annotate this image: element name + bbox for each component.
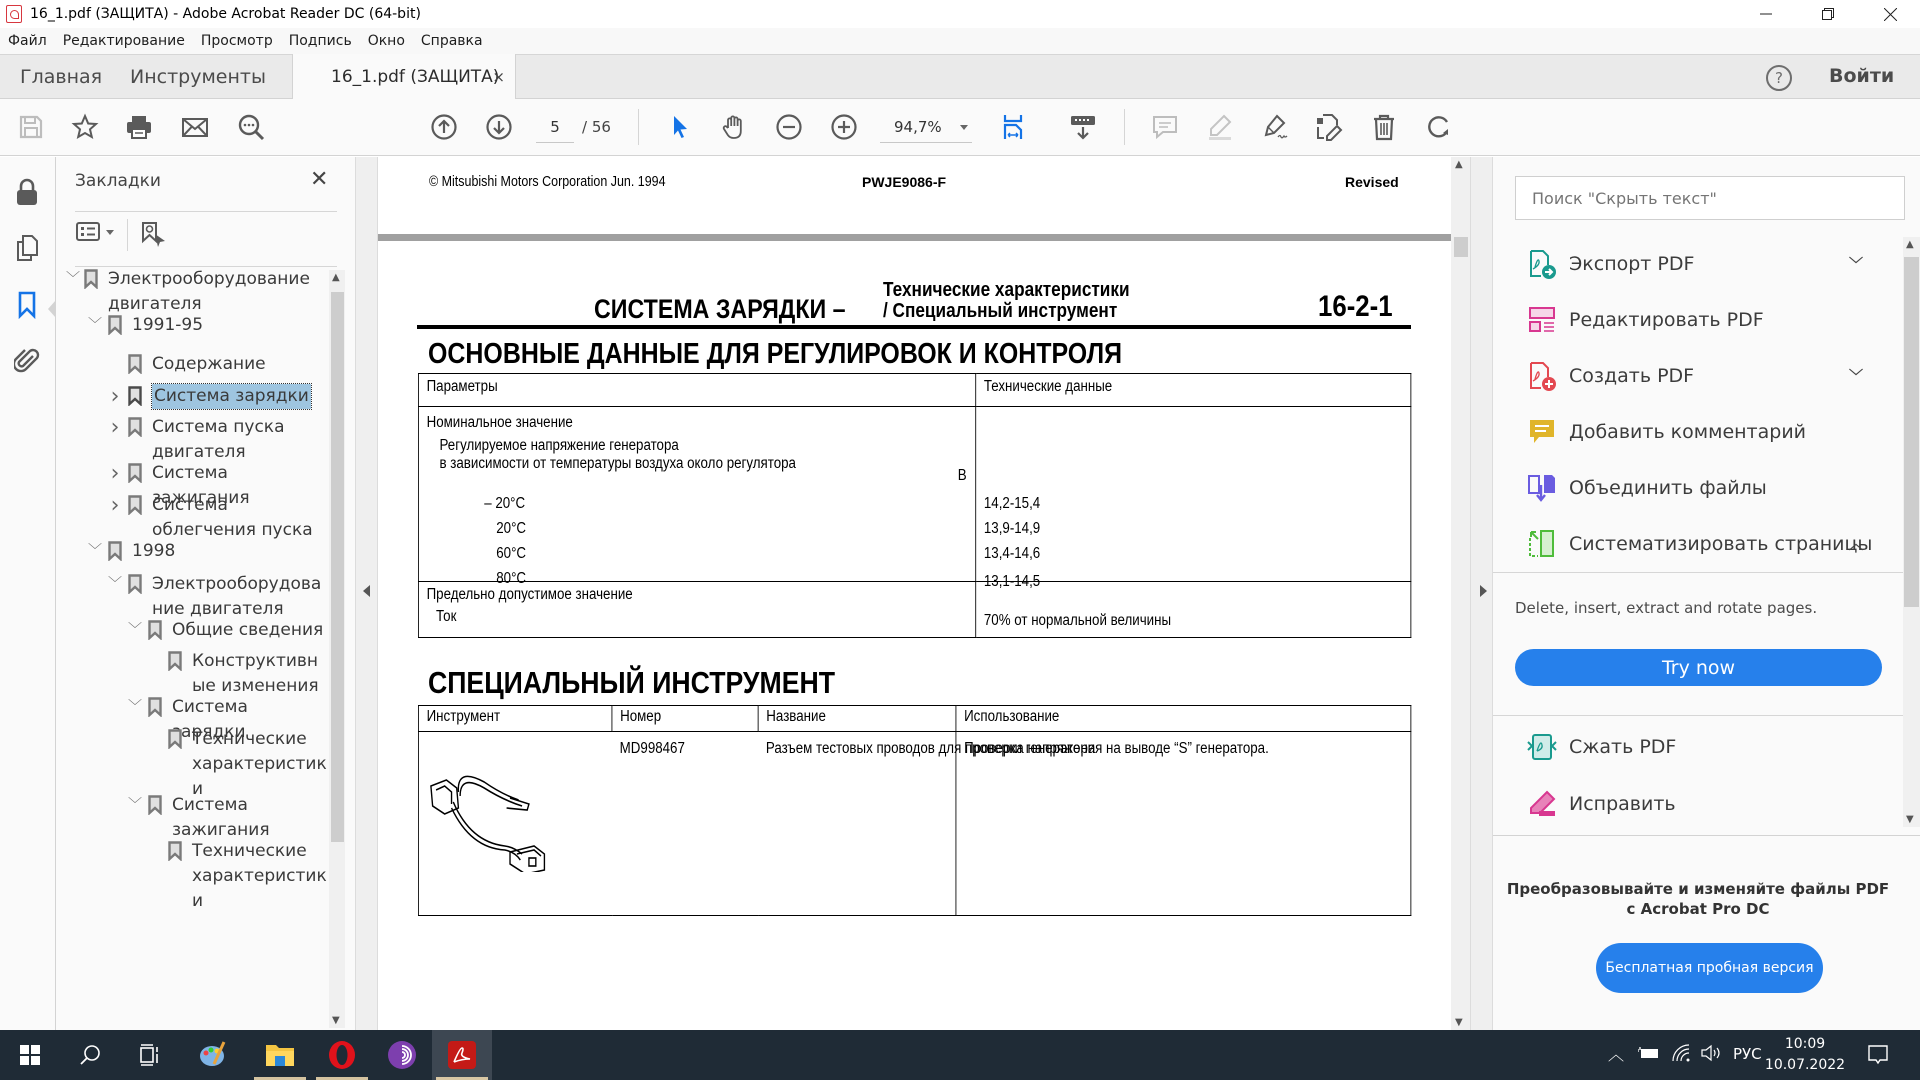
notifications-icon[interactable] bbox=[1867, 1044, 1889, 1070]
menu-bar: Файл Редактирование Просмотр Подпись Окн… bbox=[0, 28, 1920, 54]
toolbar-divider bbox=[638, 109, 639, 145]
bookmark-flag-icon bbox=[128, 354, 142, 374]
tool-name: Разъем тестовых проводов для проверки ге… bbox=[766, 740, 921, 758]
toolbar-divider bbox=[1124, 109, 1125, 145]
tool-create-pdf[interactable]: Создать PDF ﹀ bbox=[1515, 351, 1885, 401]
promo-text: Преобразовывайте и изменяйте файлы PDF с… bbox=[1493, 879, 1903, 919]
voltage-label: Регулируемое напряжение генератора bbox=[440, 437, 968, 455]
voltage-range: 13,9-14,9 bbox=[984, 516, 1040, 541]
bookmark-flag-icon bbox=[108, 315, 122, 335]
tool-edit-pdf[interactable]: Редактировать PDF bbox=[1515, 295, 1885, 345]
bookmark-flag-icon bbox=[168, 841, 182, 861]
restore-icon bbox=[1822, 8, 1834, 20]
tab-document[interactable]: 16_1.pdf (ЗАЩИТА) × bbox=[292, 54, 516, 100]
tool-label: Создать PDF bbox=[1569, 365, 1694, 387]
clock-time: 10:09 bbox=[1760, 1034, 1850, 1055]
free-trial-button[interactable]: Бесплатная пробная версия bbox=[1596, 943, 1823, 993]
edit-pages-icon[interactable] bbox=[1314, 112, 1344, 142]
unit-label: В bbox=[958, 467, 967, 485]
chevron-down-icon[interactable]: ﹀ bbox=[126, 618, 144, 643]
page-up-icon[interactable] bbox=[429, 112, 459, 142]
comment-icon[interactable] bbox=[1150, 112, 1180, 142]
organize-pages-icon bbox=[1527, 529, 1557, 559]
active-pointer bbox=[48, 300, 56, 318]
bookmark-label: 1998 bbox=[132, 539, 175, 564]
pages-icon[interactable] bbox=[12, 233, 42, 263]
export-pdf-icon bbox=[1527, 249, 1557, 279]
bookmark-flag-icon bbox=[128, 574, 142, 594]
acrobat-app-icon bbox=[6, 5, 22, 23]
compress-pdf-icon bbox=[1527, 732, 1557, 762]
bookmark-flag-icon bbox=[84, 269, 98, 289]
menu-sign[interactable]: Подпись bbox=[289, 33, 352, 49]
voltage-label-2: в зависимости от температуры воздуха око… bbox=[440, 455, 968, 473]
windows-taskbar: ︿ РУС 10:09 10.07.2022 bbox=[0, 1030, 1920, 1080]
bookmark-flag-icon bbox=[148, 697, 162, 717]
parameters-cell: Номинальное значение Регулируемое напряж… bbox=[418, 407, 975, 582]
document-viewer: © Mitsubishi Motors Corporation Jun. 199… bbox=[378, 157, 1451, 1030]
star-icon[interactable] bbox=[70, 112, 100, 142]
tool-combine-files[interactable]: Объединить файлы bbox=[1515, 463, 1885, 513]
bookmark-flag-icon bbox=[148, 795, 162, 815]
search-icon[interactable] bbox=[60, 1030, 120, 1080]
column-header: Инструмент bbox=[418, 706, 612, 732]
tool-image-cell bbox=[418, 732, 612, 916]
menu-window[interactable]: Окно bbox=[368, 33, 405, 49]
opera-icon[interactable] bbox=[312, 1030, 372, 1080]
document-scrollbar[interactable]: ▲ ▼ bbox=[1451, 157, 1470, 1030]
limit-value-cell: 70% от нормальной величины bbox=[976, 582, 1411, 638]
bookmark-label: Система облегчения пуска bbox=[152, 493, 326, 543]
tool-number: MD998467 bbox=[620, 740, 751, 758]
current-value: 70% от нормальной величины bbox=[984, 612, 1403, 630]
rotate-icon[interactable] bbox=[1424, 112, 1454, 142]
new-bookmark-button[interactable] bbox=[140, 221, 168, 253]
help-icon[interactable]: ? bbox=[1766, 65, 1792, 91]
chevron-down-icon[interactable]: ﹀ bbox=[126, 695, 144, 720]
chevron-down-icon[interactable]: ﹀ bbox=[86, 539, 104, 564]
chevron-left-icon bbox=[363, 585, 370, 597]
bookmark-item[interactable]: Содержание bbox=[106, 352, 328, 377]
bookmark-item[interactable]: Технические характеристик и bbox=[146, 839, 328, 914]
close-panel-icon[interactable]: ✕ bbox=[310, 167, 328, 192]
minimize-button[interactable] bbox=[1738, 0, 1794, 28]
table-row: Предельно допустимое значение Ток 70% от… bbox=[418, 582, 1410, 638]
tool-export-pdf[interactable]: Экспорт PDF ﹀ bbox=[1515, 239, 1885, 289]
create-pdf-icon bbox=[1527, 361, 1557, 391]
close-tab-icon[interactable]: × bbox=[492, 68, 505, 86]
bookmark-label: Содержание bbox=[152, 352, 266, 377]
title-bar: 16_1.pdf (ЗАЩИТА) - Adobe Acrobat Reader… bbox=[0, 0, 1920, 28]
tool-number-cell: MD998467 bbox=[612, 732, 758, 916]
table-row: Номинальное значение Регулируемое напряж… bbox=[418, 407, 1410, 582]
scroll-up-icon[interactable]: ▲ bbox=[1906, 239, 1914, 250]
promo-line: Преобразовывайте и изменяйте файлы PDF bbox=[1493, 879, 1903, 899]
values-cell: 14,2-15,413,9-14,913,4-14,613,1-14,5 bbox=[976, 407, 1411, 582]
battery-icon[interactable] bbox=[1638, 1046, 1660, 1064]
bookmark-label: Общие сведения bbox=[172, 618, 323, 643]
chevron-down-icon[interactable]: ﹀ bbox=[126, 793, 144, 818]
attachment-icon[interactable] bbox=[12, 346, 42, 376]
bookmark-flag-icon bbox=[128, 495, 142, 515]
toolbar: 5 / 56 94,7% bbox=[0, 99, 1920, 156]
chevron-right-icon[interactable]: › bbox=[106, 461, 124, 486]
adjustment-data-table: Параметры Технические данные Номинальное… bbox=[418, 373, 1411, 638]
bookmark-item[interactable]: ﹀Электрооборудование двигателя bbox=[66, 267, 328, 317]
comment-icon bbox=[1527, 417, 1557, 447]
divider bbox=[1493, 572, 1903, 573]
section-title: ОСНОВНЫЕ ДАННЫЕ ДЛЯ РЕГУЛИРОВОК И КОНТРО… bbox=[428, 338, 1122, 371]
bookmark-tree: ﹀Электрооборудование двигателя﹀1991-95Со… bbox=[66, 267, 328, 1030]
combine-files-icon bbox=[1527, 473, 1557, 503]
test-harness-connector-illustration bbox=[427, 772, 573, 872]
section-title: СПЕЦИАЛЬНЫЙ ИНСТРУМЕНТ bbox=[428, 665, 835, 701]
tool-label: Исправить bbox=[1569, 793, 1676, 815]
select-cursor-icon[interactable] bbox=[664, 112, 694, 142]
restore-button[interactable] bbox=[1800, 0, 1856, 28]
bookmark-icon[interactable] bbox=[12, 290, 42, 320]
menu-edit[interactable]: Редактирование bbox=[63, 33, 185, 49]
bookmark-flag-icon bbox=[108, 541, 122, 561]
bookmark-flag-icon bbox=[128, 386, 142, 406]
page-title-main: СИСТЕМА ЗАРЯДКИ – bbox=[594, 294, 846, 325]
spacer bbox=[146, 839, 164, 864]
search-zoom-icon[interactable] bbox=[236, 112, 266, 142]
tool-organize-pages[interactable]: Систематизировать страницы ︿ bbox=[1515, 519, 1885, 569]
language-indicator[interactable]: РУС bbox=[1733, 1045, 1762, 1063]
minimize-icon bbox=[1760, 8, 1772, 20]
bookmarks-panel: Закладки ✕ ﹀Электрооборудование двигател… bbox=[56, 157, 355, 1030]
voltage-range: 14,2-15,4 bbox=[984, 491, 1040, 516]
hand-icon[interactable] bbox=[719, 112, 749, 142]
nominal-label: Номинальное значение bbox=[427, 414, 968, 432]
column-header: Технические данные bbox=[976, 374, 1411, 407]
bookmark-scrollbar[interactable]: ▲ ▼ bbox=[329, 270, 345, 1028]
tool-label: Добавить комментарий bbox=[1569, 421, 1806, 443]
tool-usage: Проверка напряжения на выводе “S” генера… bbox=[964, 740, 1403, 758]
chevron-down-icon[interactable]: ﹀ bbox=[1849, 366, 1863, 386]
bookmark-item[interactable]: Технические характеристик и bbox=[146, 727, 328, 802]
scroll-down-icon[interactable]: ▼ bbox=[1906, 814, 1914, 825]
doc-copyright: © Mitsubishi Motors Corporation Jun. 199… bbox=[429, 174, 666, 190]
window-title: 16_1.pdf (ЗАЩИТА) - Adobe Acrobat Reader… bbox=[30, 6, 421, 22]
bookmark-label: Система зажигания bbox=[172, 793, 326, 843]
collapse-right-panel[interactable] bbox=[1470, 157, 1493, 1030]
bookmark-item[interactable]: ›Система зарядки bbox=[106, 384, 328, 409]
tools-scrollbar[interactable]: ▲ ▼ bbox=[1903, 237, 1920, 827]
zoom-level-value: 94,7% bbox=[894, 118, 942, 136]
list-options-icon bbox=[76, 221, 102, 243]
scroll-up-icon[interactable]: ▲ bbox=[332, 272, 340, 283]
tab-tools[interactable]: Инструменты bbox=[130, 55, 266, 99]
chevron-up-icon[interactable]: ︿ bbox=[1849, 534, 1863, 554]
bookmark-item[interactable]: ﹀Общие сведения bbox=[126, 618, 328, 643]
scrollbar-thumb[interactable] bbox=[1454, 237, 1468, 257]
save-icon[interactable] bbox=[16, 112, 46, 142]
left-navigation-rail bbox=[0, 157, 56, 1030]
zoom-level-select[interactable]: 94,7% bbox=[880, 113, 972, 143]
bookmark-label: Технические характеристик и bbox=[192, 727, 326, 802]
table-header-row: Параметры Технические данные bbox=[418, 374, 1410, 407]
column-header: Параметры bbox=[418, 374, 975, 407]
bookmark-item[interactable]: ›Система пуска двигателя bbox=[106, 415, 328, 465]
temperature-label: 60°C bbox=[496, 541, 526, 566]
chevron-right-icon[interactable]: › bbox=[106, 415, 124, 440]
scroll-down-icon[interactable]: ▼ bbox=[1455, 1017, 1463, 1028]
bookmark-label: Технические характеристик и bbox=[192, 839, 326, 914]
spacer bbox=[146, 649, 164, 674]
bookmark-item[interactable]: ›Система облегчения пуска bbox=[106, 493, 328, 543]
bookmark-label: Электрооборудова ние двигателя bbox=[152, 572, 326, 622]
page-subtitle-1: Технические характеристики bbox=[883, 280, 1130, 301]
chevron-down-icon[interactable]: ﹀ bbox=[1849, 254, 1863, 274]
clock[interactable]: 10:09 10.07.2022 bbox=[1760, 1034, 1850, 1076]
doc-code: PWJE9086-F bbox=[862, 174, 946, 190]
chevron-right-icon[interactable]: › bbox=[106, 493, 124, 518]
mail-icon[interactable] bbox=[180, 112, 210, 142]
bookmarks-title: Закладки bbox=[75, 171, 161, 191]
acrobat-icon[interactable] bbox=[432, 1030, 492, 1080]
title-rule bbox=[417, 325, 1411, 329]
delete-icon[interactable] bbox=[1369, 112, 1399, 142]
bookmark-label: Конструктивн ые изменения bbox=[192, 649, 326, 699]
sign-icon[interactable] bbox=[1260, 112, 1290, 142]
voltage-values: 14,2-15,413,9-14,913,4-14,613,1-14,5 bbox=[984, 491, 1040, 594]
scrollbar-thumb[interactable] bbox=[331, 292, 344, 842]
collapse-left-panel[interactable] bbox=[355, 157, 378, 1030]
tools-search-input[interactable] bbox=[1515, 176, 1905, 220]
divider bbox=[1493, 715, 1903, 716]
print-icon[interactable] bbox=[124, 112, 154, 142]
bookmark-flag-icon bbox=[168, 651, 182, 671]
divider bbox=[127, 219, 128, 251]
special-tools-table: Инструмент Номер Название Использование bbox=[418, 705, 1411, 916]
page-total: / 56 bbox=[582, 113, 611, 141]
add-bookmark-icon bbox=[140, 221, 168, 249]
bookmark-item[interactable]: Конструктивн ые изменения bbox=[146, 649, 328, 699]
bookmark-flag-icon bbox=[148, 620, 162, 640]
tor-browser-icon[interactable] bbox=[372, 1030, 432, 1080]
temperature-list: – 20°C20°C60°C80°C bbox=[496, 491, 526, 591]
login-button[interactable]: Войти bbox=[1829, 65, 1894, 87]
chevron-right-icon[interactable]: › bbox=[106, 384, 124, 409]
organize-description: Delete, insert, extract and rotate pages… bbox=[1515, 599, 1817, 617]
temperature-label: – 20°C bbox=[484, 491, 526, 516]
scrollbar-thumb[interactable] bbox=[1904, 257, 1919, 607]
doc-status: Revised bbox=[1345, 174, 1399, 190]
task-view-icon[interactable] bbox=[120, 1030, 180, 1080]
close-window-button[interactable] bbox=[1862, 0, 1918, 28]
page-down-icon[interactable] bbox=[484, 112, 514, 142]
bookmark-options-button[interactable] bbox=[76, 221, 114, 243]
redact-icon bbox=[1527, 789, 1557, 819]
voltage-range: 13,1-14,5 bbox=[984, 569, 1040, 594]
menu-view[interactable]: Просмотр bbox=[201, 33, 273, 49]
volume-icon[interactable] bbox=[1700, 1044, 1722, 1066]
bookmark-item[interactable]: ﹀1991-95 bbox=[86, 313, 328, 338]
chevron-down-icon[interactable]: ﹀ bbox=[86, 313, 104, 338]
table-header-row: Инструмент Номер Название Использование bbox=[418, 706, 1410, 732]
spacer bbox=[146, 727, 164, 752]
chevron-down-icon[interactable]: ﹀ bbox=[106, 572, 124, 597]
tool-label: Редактировать PDF bbox=[1569, 309, 1764, 331]
page-separator bbox=[378, 234, 1451, 241]
divider bbox=[75, 211, 337, 212]
scroll-up-icon[interactable]: ▲ bbox=[1455, 159, 1463, 170]
tab-home[interactable]: Главная bbox=[20, 55, 102, 99]
bookmark-item[interactable]: ﹀1998 bbox=[86, 539, 328, 564]
wifi-icon[interactable] bbox=[1671, 1044, 1691, 1066]
tool-label: Экспорт PDF bbox=[1569, 253, 1694, 275]
menu-help[interactable]: Справка bbox=[421, 33, 483, 49]
temperature-label: 80°C bbox=[496, 566, 526, 591]
spacer bbox=[106, 352, 124, 377]
bookmark-item[interactable]: ﹀Электрооборудова ние двигателя bbox=[106, 572, 328, 622]
clock-date: 10.07.2022 bbox=[1760, 1055, 1850, 1076]
chevron-down-icon[interactable]: ﹀ bbox=[66, 267, 80, 292]
fit-page-icon[interactable] bbox=[999, 112, 1029, 142]
start-icon[interactable] bbox=[0, 1030, 60, 1080]
scroll-down-icon[interactable]: ▼ bbox=[332, 1015, 340, 1026]
file-explorer-icon[interactable] bbox=[250, 1030, 310, 1080]
bookmark-label: Электрооборудование двигателя bbox=[108, 267, 328, 317]
promo-line: с Acrobat Pro DC bbox=[1493, 899, 1903, 919]
zoom-out-icon[interactable] bbox=[774, 112, 804, 142]
page-number-input[interactable]: 5 bbox=[536, 113, 574, 143]
bookmark-flag-icon bbox=[128, 463, 142, 483]
tool-redact[interactable]: Исправить bbox=[1515, 779, 1885, 829]
edit-pdf-icon bbox=[1527, 305, 1557, 335]
tab-bar: Главная Инструменты 16_1.pdf (ЗАЩИТА) × … bbox=[0, 54, 1920, 99]
tool-compress-pdf[interactable]: Сжать PDF bbox=[1515, 722, 1885, 772]
table-row: MD998467 Разъем тестовых проводов для пр… bbox=[418, 732, 1410, 916]
chevron-down-icon bbox=[106, 230, 114, 235]
tool-label: Объединить файлы bbox=[1569, 477, 1767, 499]
bookmark-label: 1991-95 bbox=[132, 313, 203, 338]
lock-icon[interactable] bbox=[12, 177, 42, 207]
chevron-right-icon bbox=[1480, 585, 1487, 597]
voltage-range: 13,4-14,6 bbox=[984, 541, 1040, 566]
bookmark-label: Система зарядки bbox=[152, 384, 311, 409]
chevron-down-icon bbox=[960, 125, 968, 130]
highlight-icon[interactable] bbox=[1205, 112, 1235, 142]
tool-usage-cell: Проверка напряжения на выводе “S” генера… bbox=[956, 732, 1411, 916]
zoom-in-icon[interactable] bbox=[829, 112, 859, 142]
page-title-sub: Технические характеристики / Специальный… bbox=[883, 280, 1130, 322]
try-now-button[interactable]: Try now bbox=[1515, 649, 1882, 686]
bookmark-flag-icon bbox=[128, 417, 142, 437]
temperature-label: 20°C bbox=[496, 516, 526, 541]
tool-label: Сжать PDF bbox=[1569, 736, 1676, 758]
tool-name-cell: Разъем тестовых проводов для проверки ге… bbox=[758, 732, 956, 916]
bookmark-label: Система пуска двигателя bbox=[152, 415, 326, 465]
menu-file[interactable]: Файл bbox=[8, 33, 47, 49]
close-icon bbox=[1884, 8, 1897, 21]
tray-overflow-icon[interactable]: ︿ bbox=[1608, 1042, 1624, 1065]
tools-pane: Экспорт PDF ﹀ Редактировать PDF Создать … bbox=[1493, 157, 1920, 1030]
tool-add-comment[interactable]: Добавить комментарий bbox=[1515, 407, 1885, 457]
column-header: Использование bbox=[956, 706, 1411, 732]
column-header: Название bbox=[758, 706, 956, 732]
column-header: Номер bbox=[612, 706, 758, 732]
scroll-mode-icon[interactable] bbox=[1068, 112, 1098, 142]
page-number-label: 16-2-1 bbox=[1318, 290, 1393, 324]
bookmark-flag-icon bbox=[168, 729, 182, 749]
current-label: Ток bbox=[436, 608, 967, 626]
tool-label: Систематизировать страницы bbox=[1569, 533, 1872, 555]
divider bbox=[1493, 835, 1920, 836]
page-subtitle-2: / Специальный инструмент bbox=[883, 301, 1130, 322]
paint-icon[interactable] bbox=[183, 1030, 243, 1080]
tab-document-label: 16_1.pdf (ЗАЩИТА) bbox=[331, 67, 499, 87]
bookmark-item[interactable]: ﹀Система зажигания bbox=[126, 793, 328, 843]
